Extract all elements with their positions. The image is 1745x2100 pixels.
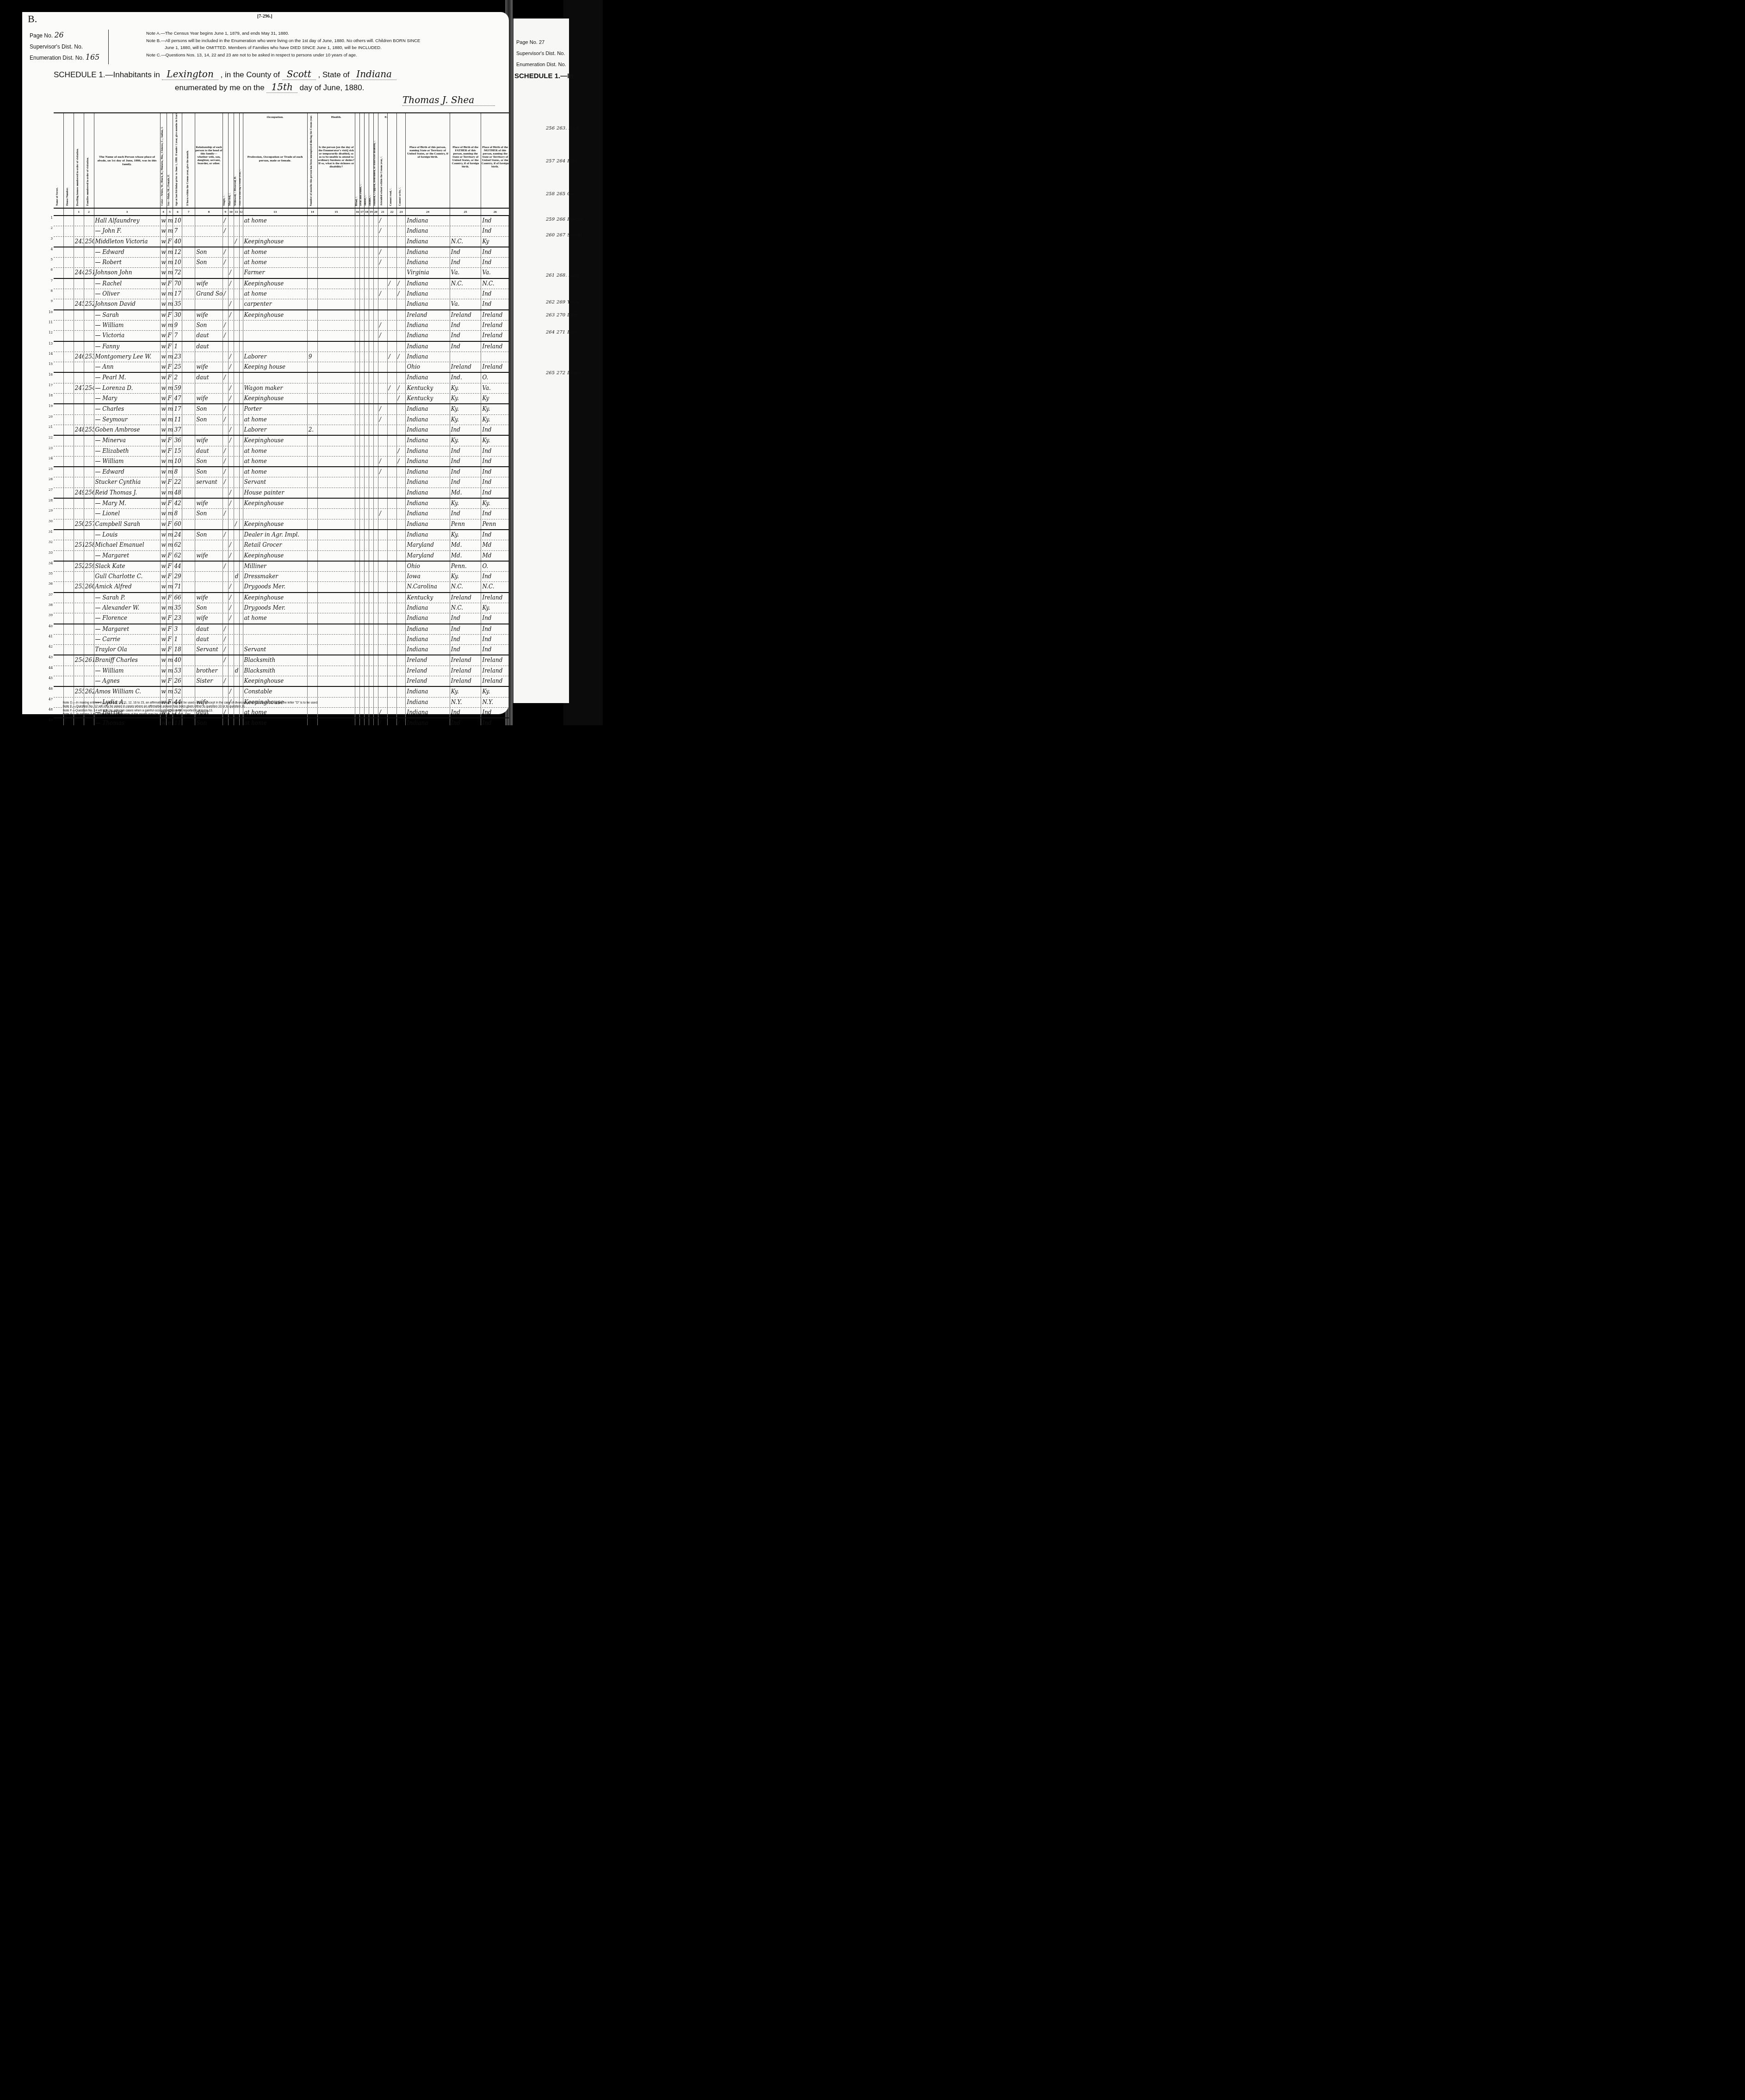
cell-c16: [355, 289, 360, 299]
cell-pob: Virginia: [406, 268, 450, 278]
cell-age: 29: [173, 572, 182, 581]
cell-single: [223, 687, 229, 697]
cell-sex: F: [167, 676, 173, 686]
cell-school: [378, 362, 388, 372]
cell-fpob: Va.: [450, 268, 482, 278]
cell-pob: Indiana: [406, 226, 450, 236]
cell-cw: /: [397, 352, 406, 362]
cell-rel: wife: [195, 613, 223, 623]
cell-c20: [374, 477, 378, 487]
cell-c19: [369, 279, 374, 289]
cell-c0b: [64, 289, 74, 299]
cell-married: [229, 655, 234, 665]
cell-c12: [240, 540, 243, 550]
day-field: 15th: [266, 81, 297, 93]
cell-rel: daut: [195, 342, 223, 352]
cell-pob: Indiana: [406, 247, 450, 257]
cell-cw: [397, 540, 406, 550]
cell-c20: [374, 540, 378, 550]
cell-fpob: Ind: [450, 457, 482, 466]
cell-pob: Kentucky: [406, 394, 450, 403]
cell-color: w: [161, 467, 167, 477]
cell-fpob: Ind: [450, 509, 482, 519]
cell-age: 48: [173, 488, 182, 498]
cell-c12: [240, 415, 243, 425]
cell-c0: [54, 279, 64, 289]
cell-single: [223, 613, 229, 623]
cell-c18: [365, 499, 369, 508]
cell-c20: [374, 446, 378, 456]
cell-color: w: [161, 530, 167, 540]
cell-fpob: Ireland: [450, 655, 482, 665]
cell-fpob: Ind: [450, 718, 482, 725]
note-g: Note G.—In column 7 an abbreviation in t…: [63, 713, 318, 716]
cell-c19: [369, 467, 374, 477]
cell-c20: [374, 676, 378, 686]
cell-fam: [84, 613, 94, 623]
cell-single: [223, 572, 229, 581]
cell-age: 62: [173, 540, 182, 550]
cell-single: [223, 425, 229, 435]
cell-single: /: [223, 404, 229, 414]
cell-c18: [365, 362, 369, 372]
schedule-title: SCHEDULE 1.—Inhabitants in Lexington , i…: [54, 68, 396, 80]
cell-color: w: [161, 383, 167, 393]
cell-school: [378, 394, 388, 403]
cell-mpob: Ind: [481, 708, 509, 717]
cell-fpob: Penn: [450, 519, 482, 529]
cell-sex: F: [167, 446, 173, 456]
cell-occ: [243, 331, 308, 340]
cell-c17: [360, 362, 365, 372]
cell-c12: [240, 446, 243, 456]
cell-rel: wife: [195, 310, 223, 320]
cell-sex: F: [167, 477, 173, 487]
cell-age: 11: [173, 718, 182, 725]
cell-single: /: [223, 676, 229, 686]
cell-c0b: [64, 562, 74, 571]
cell-fam: [84, 477, 94, 487]
cell-school: [378, 687, 388, 697]
cell-rel: [195, 425, 223, 435]
cell-occ: Keepinghouse: [243, 499, 308, 508]
cell-unemp: [308, 258, 318, 267]
row-number: 2: [46, 226, 53, 230]
cell-c17: [360, 624, 365, 634]
cell-c0b: [64, 499, 74, 508]
cell-widowed: [234, 289, 240, 299]
cell-cw: [397, 613, 406, 623]
cell-married: [229, 635, 234, 644]
cell-unemp: [308, 655, 318, 665]
cell-age: 24: [173, 530, 182, 540]
cell-pob: Indiana: [406, 519, 450, 529]
cell-c16: [355, 562, 360, 571]
column-numbers: 12 34 56 78 910 1112 1314 1516 1718 1920…: [54, 209, 509, 216]
cell-color: w: [161, 582, 167, 592]
cell-fam: 251: [84, 268, 94, 278]
cell-fpob: Ind.: [450, 373, 482, 383]
cell-c7: [182, 352, 195, 362]
cell-c16: [355, 331, 360, 340]
cell-c19: [369, 698, 374, 707]
cell-age: 71: [173, 582, 182, 592]
cell-age: 9: [173, 321, 182, 330]
table-row: 44— Williamwm53brotherdBlacksmithIreland…: [54, 666, 509, 676]
cell-c17: [360, 268, 365, 278]
cell-cr: [388, 488, 397, 498]
cell-c16: [355, 226, 360, 236]
cell-cr: [388, 624, 397, 634]
row-number: 41: [46, 635, 53, 638]
cell-age: 11: [173, 415, 182, 425]
cell-unemp: [308, 666, 318, 676]
cell-fam: [84, 446, 94, 456]
cell-occ: Keepinghouse: [243, 593, 308, 603]
cell-c16: [355, 540, 360, 550]
col-name: The Name of each Person whose place of a…: [94, 113, 161, 208]
cell-widowed: [234, 321, 240, 330]
cell-dw: 252: [74, 562, 84, 571]
cell-color: w: [161, 279, 167, 289]
cell-widowed: [234, 603, 240, 613]
cell-married: [229, 666, 234, 676]
cell-c0b: [64, 457, 74, 466]
cell-dw: 248: [74, 425, 84, 435]
cell-c0: [54, 247, 64, 257]
row-number: 14: [46, 352, 53, 356]
cell-school: /: [378, 404, 388, 414]
cell-fam: 259: [84, 562, 94, 571]
cell-age: 1: [173, 342, 182, 352]
cell-c19: [369, 666, 374, 676]
scanner-background: [563, 0, 603, 725]
cell-c0b: [64, 603, 74, 613]
cell-c17: [360, 572, 365, 581]
cell-c20: [374, 321, 378, 330]
cell-c17: [360, 562, 365, 571]
cell-c20: [374, 436, 378, 445]
cell-c16: [355, 718, 360, 725]
cell-c0: [54, 404, 64, 414]
cell-rel: [195, 562, 223, 571]
cell-widowed: /: [234, 519, 240, 529]
cell-cr: [388, 676, 397, 686]
cell-fpob: Penn.: [450, 562, 482, 571]
cell-dw: [74, 404, 84, 414]
cell-school: [378, 655, 388, 665]
row-number: 7: [46, 279, 53, 283]
cell-cr: [388, 593, 397, 603]
cell-c20: [374, 530, 378, 540]
cell-name: Hall Alfaundrey: [94, 216, 161, 226]
cell-occ: at home: [243, 457, 308, 466]
cell-c12: [240, 299, 243, 309]
cell-fam: [84, 509, 94, 519]
cell-c0b: [64, 362, 74, 372]
cell-c7: [182, 415, 195, 425]
cell-married: /: [229, 488, 234, 498]
cell-mpob: Ky.: [481, 404, 509, 414]
sheet-identifiers: Page No. 26 Supervisor's Dist. No. Enume…: [30, 30, 109, 64]
cell-dw: [74, 676, 84, 686]
cell-c16: [355, 572, 360, 581]
adjacent-entry: 258265Gu: [546, 191, 576, 197]
cell-occ: carpenter: [243, 299, 308, 309]
cell-unemp: [308, 279, 318, 289]
cell-c0b: [64, 593, 74, 603]
cell-fam: 262: [84, 687, 94, 697]
cell-c7: [182, 645, 195, 655]
cell-sex: F: [167, 645, 173, 655]
adjacent-entry: 256263.Rich: [546, 126, 581, 131]
cell-c15: [318, 279, 355, 289]
table-row: 4— Edwardwm12Son/at home/IndianaIndInd: [54, 247, 509, 258]
cell-single: /: [223, 635, 229, 644]
cell-occ: [243, 342, 308, 352]
cell-c15: [318, 394, 355, 403]
cell-c20: [374, 655, 378, 665]
cell-age: 7: [173, 226, 182, 236]
cell-name: Goben Ambrose: [94, 425, 161, 435]
cell-cr: [388, 467, 397, 477]
note-d: Note D.—In making entries in columns 9, …: [63, 701, 318, 705]
cell-name: Middleton Victoria: [94, 237, 161, 247]
cell-c7: [182, 718, 195, 725]
cell-mpob: Va.: [481, 383, 509, 393]
cell-c0b: [64, 446, 74, 456]
cell-c18: [365, 708, 369, 717]
cell-cr: [388, 718, 397, 725]
cell-married: /: [229, 593, 234, 603]
cell-c19: [369, 645, 374, 655]
cell-c12: [240, 247, 243, 257]
cell-pob: Indiana: [406, 708, 450, 717]
cell-c16: [355, 655, 360, 665]
cell-c0b: [64, 310, 74, 320]
cell-single: /: [223, 247, 229, 257]
cell-widowed: [234, 624, 240, 634]
instruction-notes: Note A.—The Census Year begins June 1, 1…: [146, 30, 420, 59]
row-number: 12: [46, 331, 53, 334]
cell-c16: [355, 299, 360, 309]
cell-fam: 258: [84, 540, 94, 550]
cell-c0: [54, 540, 64, 550]
cell-school: [378, 436, 388, 445]
cell-school: /: [378, 216, 388, 226]
cell-cw: [397, 582, 406, 592]
cell-pob: Indiana: [406, 698, 450, 707]
cell-unemp: [308, 299, 318, 309]
cell-fpob: Ind: [450, 446, 482, 456]
cell-unemp: [308, 551, 318, 561]
cell-cw: [397, 342, 406, 352]
row-number: 17: [46, 383, 53, 387]
cell-mpob: Ky.: [481, 603, 509, 613]
cell-rel: [195, 540, 223, 550]
cell-unemp: [308, 310, 318, 320]
cell-cw: [397, 666, 406, 676]
cell-dw: 250: [74, 519, 84, 529]
cell-fam: [84, 289, 94, 299]
cell-c15: [318, 436, 355, 445]
cell-cr: [388, 237, 397, 247]
cell-dw: [74, 394, 84, 403]
cell-sex: F: [167, 310, 173, 320]
col-birthplace: Nativity.Place of Birth of this person, …: [406, 113, 450, 208]
cell-rel: Son: [195, 258, 223, 267]
cell-c18: [365, 551, 369, 561]
cell-name: — Carrie: [94, 635, 161, 644]
enumeration-district-field: Enumeration Dist. No. 165: [30, 52, 108, 63]
cell-dw: [74, 342, 84, 352]
cell-age: 70: [173, 279, 182, 289]
cell-c0b: [64, 519, 74, 529]
cell-c15: [318, 540, 355, 550]
cell-married: [229, 404, 234, 414]
cell-pob: Indiana: [406, 603, 450, 613]
cell-c7: [182, 624, 195, 634]
note-c: Note C.—Questions Nos. 13, 14, 22 and 23…: [146, 52, 420, 59]
cell-c0: [54, 666, 64, 676]
cell-name: — Victoria: [94, 331, 161, 340]
cell-c7: [182, 425, 195, 435]
cell-c20: [374, 258, 378, 267]
cell-c20: [374, 373, 378, 383]
adjacent-entry: 262269Youn: [546, 300, 581, 305]
cell-fpob: Ind: [450, 477, 482, 487]
cell-fam: [84, 310, 94, 320]
cell-sex: F: [167, 373, 173, 383]
cell-c15: [318, 509, 355, 519]
cell-fpob: N.C.: [450, 279, 482, 289]
cell-married: /: [229, 613, 234, 623]
cell-color: w: [161, 613, 167, 623]
cell-occ: Laborer: [243, 425, 308, 435]
cell-c17: [360, 404, 365, 414]
cell-occ: Keepinghouse: [243, 519, 308, 529]
row-number: 1: [46, 216, 53, 220]
row-number: 20: [46, 415, 53, 419]
cell-cr: [388, 362, 397, 372]
table-row: 39— FlorencewF23wife/at homeIndianaIndIn…: [54, 613, 509, 624]
cell-fam: [84, 216, 94, 226]
cell-name: — Elizabeth: [94, 446, 161, 456]
cell-school: /: [378, 509, 388, 519]
cell-age: 3: [173, 624, 182, 634]
cell-married: /: [229, 394, 234, 403]
cell-cr: [388, 373, 397, 383]
cell-unemp: [308, 645, 318, 655]
cell-pob: Ireland: [406, 676, 450, 686]
cell-c16: [355, 258, 360, 267]
cell-occ: Wagon maker: [243, 383, 308, 393]
cell-sex: m: [167, 268, 173, 278]
cell-cr: [388, 331, 397, 340]
cell-c15: [318, 237, 355, 247]
cell-single: [223, 310, 229, 320]
cell-c16: [355, 436, 360, 445]
cell-fam: [84, 279, 94, 289]
cell-color: w: [161, 457, 167, 466]
cell-sex: F: [167, 394, 173, 403]
table-row: 43254261Braniff Charleswm40/BlacksmithIr…: [54, 655, 509, 666]
cell-dw: 243: [74, 237, 84, 247]
cell-c16: [355, 373, 360, 383]
cell-unemp: [308, 519, 318, 529]
row-number: 33: [46, 551, 53, 555]
col-insane: Insane, /.: [369, 113, 374, 208]
cell-fpob: Ky.: [450, 572, 482, 581]
row-number: 44: [46, 666, 53, 670]
row-number: 11: [46, 321, 53, 324]
cell-c19: [369, 258, 374, 267]
cell-age: 62: [173, 551, 182, 561]
cell-c19: [369, 676, 374, 686]
cell-dw: [74, 467, 84, 477]
cell-c16: [355, 352, 360, 362]
cell-fpob: Md.: [450, 551, 482, 561]
cell-sex: m: [167, 425, 173, 435]
table-row: 36253260Amick Alfredwm71/Drygoods Mer.N.…: [54, 582, 509, 593]
cell-cr: [388, 247, 397, 257]
cell-age: 35: [173, 603, 182, 613]
cell-cr: [388, 509, 397, 519]
cell-c16: [355, 676, 360, 686]
cell-c12: [240, 268, 243, 278]
cell-c0: [54, 582, 64, 592]
cell-c15: [318, 226, 355, 236]
cell-color: w: [161, 509, 167, 519]
cell-dw: [74, 572, 84, 581]
cell-color: w: [161, 666, 167, 676]
cell-c20: [374, 362, 378, 372]
cell-sex: F: [167, 624, 173, 634]
cell-c16: [355, 446, 360, 456]
cell-married: /: [229, 268, 234, 278]
cell-unemp: [308, 342, 318, 352]
table-row: 13— FannywF1dautIndianaIndIreland: [54, 342, 509, 352]
cell-name: Amos William C.: [94, 687, 161, 697]
cell-dw: [74, 226, 84, 236]
cell-c20: [374, 226, 378, 236]
cell-age: 30: [173, 310, 182, 320]
cell-c7: [182, 362, 195, 372]
cell-unemp: [308, 530, 318, 540]
cell-sex: m: [167, 457, 173, 466]
cell-single: /: [223, 216, 229, 226]
cell-color: w: [161, 258, 167, 267]
cell-color: w: [161, 655, 167, 665]
cell-married: [229, 258, 234, 267]
row-number: 21: [46, 425, 53, 429]
cell-name: — Sarah P.: [94, 593, 161, 603]
cell-single: [223, 383, 229, 393]
cell-c15: [318, 572, 355, 581]
cell-c18: [365, 383, 369, 393]
cell-c15: [318, 321, 355, 330]
cell-c18: [365, 593, 369, 603]
cell-single: /: [223, 226, 229, 236]
cell-widowed: [234, 467, 240, 477]
cell-unemp: [308, 321, 318, 330]
cell-c20: [374, 247, 378, 257]
col-color: Color—White, W.; Black, B.; Mulatto, Mu.…: [161, 113, 167, 208]
cell-c0: [54, 530, 64, 540]
cell-color: w: [161, 342, 167, 352]
cell-sex: F: [167, 519, 173, 529]
cell-sex: m: [167, 603, 173, 613]
